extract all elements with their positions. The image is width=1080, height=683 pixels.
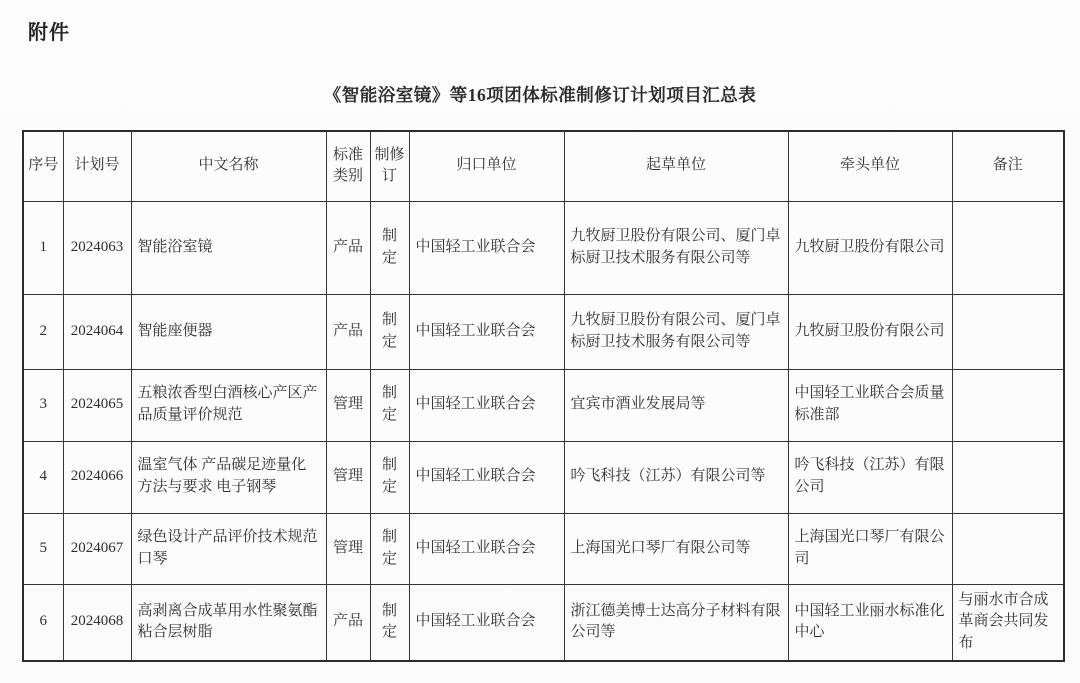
table-row: 12024063智能浴室镜产品制定中国轻工业联合会九牧厨卫股份有限公司、厦门卓标… <box>23 201 1064 294</box>
scanned-document-page: { "page": { "attachment_label": "附件", "t… <box>0 0 1080 683</box>
cell-drafting_unit: 宜宾市酒业发展局等 <box>564 369 788 441</box>
cell-plan_no: 2024066 <box>63 441 131 513</box>
cell-remark: 与丽水市合成革商会共同发布 <box>952 584 1064 661</box>
cell-standard_category: 管理 <box>326 441 370 513</box>
cell-revision_type: 制定 <box>370 369 409 441</box>
cell-chinese_name: 智能浴室镜 <box>131 201 326 294</box>
cell-seq: 5 <box>23 513 63 584</box>
column-header-chinese_name: 中文名称 <box>131 131 326 201</box>
cell-drafting_unit: 吟飞科技（江苏）有限公司等 <box>564 441 788 513</box>
cell-centralized_unit: 中国轻工业联合会 <box>409 201 564 294</box>
column-header-seq: 序号 <box>23 131 63 201</box>
column-header-standard_category: 标准类别 <box>326 131 370 201</box>
table-row: 42024066温室气体 产品碳足迹量化方法与要求 电子钢琴管理制定中国轻工业联… <box>23 441 1064 513</box>
cell-lead_unit: 九牧厨卫股份有限公司 <box>788 201 952 294</box>
standards-summary-table: 序号计划号中文名称标准类别制修订归口单位起草单位牵头单位备注 12024063智… <box>22 130 1065 662</box>
column-header-revision_type: 制修订 <box>370 131 409 201</box>
cell-drafting_unit: 上海国光口琴厂有限公司等 <box>564 513 788 584</box>
cell-plan_no: 2024068 <box>63 584 131 661</box>
cell-drafting_unit: 九牧厨卫股份有限公司、厦门卓标厨卫技术服务有限公司等 <box>564 201 788 294</box>
cell-seq: 4 <box>23 441 63 513</box>
cell-lead_unit: 九牧厨卫股份有限公司 <box>788 294 952 369</box>
cell-centralized_unit: 中国轻工业联合会 <box>409 294 564 369</box>
column-header-plan_no: 计划号 <box>63 131 131 201</box>
cell-seq: 6 <box>23 584 63 661</box>
cell-chinese_name: 温室气体 产品碳足迹量化方法与要求 电子钢琴 <box>131 441 326 513</box>
cell-drafting_unit: 九牧厨卫股份有限公司、厦门卓标厨卫技术服务有限公司等 <box>564 294 788 369</box>
cell-remark <box>952 294 1064 369</box>
cell-remark <box>952 513 1064 584</box>
cell-centralized_unit: 中国轻工业联合会 <box>409 369 564 441</box>
table-row: 62024068高剥离合成革用水性聚氨酯粘合层树脂产品制定中国轻工业联合会浙江德… <box>23 584 1064 661</box>
cell-drafting_unit: 浙江德美博士达高分子材料有限公司等 <box>564 584 788 661</box>
cell-revision_type: 制定 <box>370 513 409 584</box>
cell-plan_no: 2024067 <box>63 513 131 584</box>
cell-standard_category: 产品 <box>326 294 370 369</box>
cell-standard_category: 产品 <box>326 201 370 294</box>
cell-chinese_name: 绿色设计产品评价技术规范 口琴 <box>131 513 326 584</box>
cell-centralized_unit: 中国轻工业联合会 <box>409 584 564 661</box>
cell-seq: 2 <box>23 294 63 369</box>
cell-revision_type: 制定 <box>370 584 409 661</box>
cell-standard_category: 管理 <box>326 369 370 441</box>
cell-lead_unit: 中国轻工业丽水标准化中心 <box>788 584 952 661</box>
cell-centralized_unit: 中国轻工业联合会 <box>409 513 564 584</box>
column-header-drafting_unit: 起草单位 <box>564 131 788 201</box>
cell-chinese_name: 五粮浓香型白酒核心产区产品质量评价规范 <box>131 369 326 441</box>
attachment-label: 附件 <box>28 16 70 45</box>
table-row: 52024067绿色设计产品评价技术规范 口琴管理制定中国轻工业联合会上海国光口… <box>23 513 1064 584</box>
cell-centralized_unit: 中国轻工业联合会 <box>409 441 564 513</box>
cell-revision_type: 制定 <box>370 441 409 513</box>
column-header-remark: 备注 <box>952 131 1064 201</box>
page-title: 《智能浴室镜》等16项团体标准制修订计划项目汇总表 <box>0 82 1080 107</box>
cell-remark <box>952 441 1064 513</box>
cell-revision_type: 制定 <box>370 201 409 294</box>
cell-standard_category: 管理 <box>326 513 370 584</box>
cell-plan_no: 2024064 <box>63 294 131 369</box>
cell-remark <box>952 201 1064 294</box>
cell-remark <box>952 369 1064 441</box>
cell-lead_unit: 中国轻工业联合会质量标准部 <box>788 369 952 441</box>
cell-chinese_name: 智能座便器 <box>131 294 326 369</box>
cell-seq: 1 <box>23 201 63 294</box>
cell-lead_unit: 上海国光口琴厂有限公司 <box>788 513 952 584</box>
table-row: 22024064智能座便器产品制定中国轻工业联合会九牧厨卫股份有限公司、厦门卓标… <box>23 294 1064 369</box>
cell-seq: 3 <box>23 369 63 441</box>
cell-chinese_name: 高剥离合成革用水性聚氨酯粘合层树脂 <box>131 584 326 661</box>
cell-standard_category: 产品 <box>326 584 370 661</box>
table-row: 32024065五粮浓香型白酒核心产区产品质量评价规范管理制定中国轻工业联合会宜… <box>23 369 1064 441</box>
cell-plan_no: 2024065 <box>63 369 131 441</box>
table-header-row: 序号计划号中文名称标准类别制修订归口单位起草单位牵头单位备注 <box>23 131 1064 201</box>
column-header-centralized_unit: 归口单位 <box>409 131 564 201</box>
table-body: 12024063智能浴室镜产品制定中国轻工业联合会九牧厨卫股份有限公司、厦门卓标… <box>23 201 1064 661</box>
cell-revision_type: 制定 <box>370 294 409 369</box>
cell-lead_unit: 吟飞科技（江苏）有限公司 <box>788 441 952 513</box>
column-header-lead_unit: 牵头单位 <box>788 131 952 201</box>
cell-plan_no: 2024063 <box>63 201 131 294</box>
